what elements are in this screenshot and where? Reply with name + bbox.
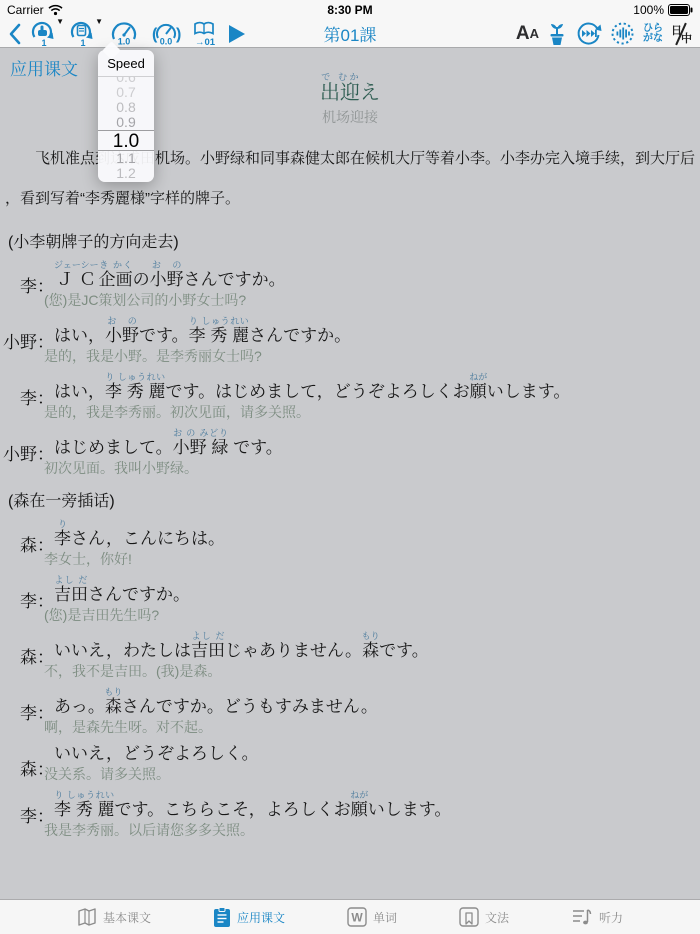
bookmark-icon <box>459 907 479 927</box>
tab-bar: 基本课文 应用课文 W 单词 文法 <box>0 899 700 934</box>
speed-option[interactable]: 0.7 <box>98 85 154 100</box>
tab-applied-text[interactable]: 应用课文 <box>213 907 285 927</box>
japanese-sentence: あっ。森もりさんですか。どうもすみません。 <box>54 687 700 717</box>
chinese-translation: 李女士，你好! <box>44 550 700 569</box>
speed-option[interactable]: 1.3 <box>98 181 154 182</box>
dialogue-list: (小李朝牌子的方向走去)李：ＪＣジェーシー企画き かくの小野お のさんですか。(… <box>0 229 700 840</box>
chinese-translation: 没关系。请多关照。 <box>44 765 700 784</box>
chinese-translation: 我是李秀丽。以后请您多多关照。 <box>44 821 700 840</box>
chinese-translation: 是的，我是李秀丽。初次见面，请多关照。 <box>44 403 700 422</box>
listening-icon <box>571 907 593 927</box>
speed-option[interactable]: 1.2 <box>98 166 154 181</box>
font-size-button[interactable]: AA <box>516 23 539 45</box>
chinese-translation: 不，我不是吉田。(我)是森。 <box>44 662 700 681</box>
speed-option[interactable]: 0.9 <box>98 115 154 130</box>
carrier-label: Carrier <box>7 3 44 17</box>
japanese-sentence: はじめまして。小野 緑お の みどり です。 <box>54 428 700 458</box>
stage-direction: (森在一旁插话) <box>8 488 700 511</box>
speed-picker-wheel[interactable]: 0.60.70.80.91.01.11.21.3 <box>98 77 154 182</box>
book-pages-icon <box>77 907 97 927</box>
japanese-sentence: 吉田よし ださんですか。 <box>54 575 700 605</box>
chinese-translation: (您)是JC策划公司的小野女士吗? <box>44 291 700 310</box>
dialogue-line: 李：はい，李 秀 麗り しゅうれいです。はじめまして，どうぞよろしくお願ねがいし… <box>0 372 700 422</box>
book-badge: →01 <box>195 37 216 47</box>
speed-option[interactable]: 0.8 <box>98 100 154 115</box>
chevron-down-icon: ▼ <box>56 18 64 26</box>
w-square-icon: W <box>347 907 367 927</box>
stage-direction: (小李朝牌子的方向走去) <box>8 229 700 252</box>
chinese-translation: 啊，是森先生呀。对不起。 <box>44 718 700 737</box>
chinese-translation: 初次见面。我叫小野绿。 <box>44 459 700 478</box>
speed-badge: 1.0 <box>118 37 131 47</box>
chinese-translation: (您)是吉田先生吗? <box>44 606 700 625</box>
dialogue-line: 小野：はい，小野お のです。李 秀 麗り しゅうれいさんですか。是的，我是小野。… <box>0 316 700 366</box>
sentence-repeat-button[interactable]: 1 ▼ <box>68 20 100 47</box>
clock: 8:30 PM <box>0 3 700 17</box>
tab-listening[interactable]: 听力 <box>571 907 623 927</box>
battery-percent: 100% <box>633 3 664 17</box>
wifi-icon <box>48 4 63 16</box>
dialogue-line: 李：李 秀 麗り しゅうれいです。こちらこそ，よろしくお願ねがいします。我是李秀… <box>0 790 700 840</box>
speed-popover-title: Speed <box>98 50 154 77</box>
touch-repeat-button[interactable]: 1 ▼ <box>29 20 61 47</box>
back-button[interactable] <box>8 23 22 45</box>
audio-wave-button[interactable] <box>609 20 636 47</box>
interval-button[interactable]: ( ) 0.0 <box>148 20 184 47</box>
japanese-sentence: いいえ，わたしは吉田よし だじゃありません。森もりです。 <box>54 631 700 661</box>
status-bar: Carrier 8:30 PM 100% <box>0 0 700 20</box>
hiragana-toggle-button[interactable]: ひら がな <box>643 24 663 44</box>
chinese-translation: 是的，我是小野。是李秀丽女士吗? <box>44 347 700 366</box>
svg-text:): ) <box>176 26 181 43</box>
dialogue-line: 森：いいえ，どうぞよろしく。没关系。请多关照。 <box>0 743 700 784</box>
japanese-sentence: はい，李 秀 麗り しゅうれいです。はじめまして，どうぞよろしくお願ねがいします… <box>54 372 700 402</box>
plant-icon-button[interactable] <box>546 22 568 46</box>
section-label: 应用课文 <box>10 55 78 80</box>
japanese-sentence: ＪＣジェーシー企画き かくの小野お のさんですか。 <box>54 260 700 290</box>
speed-popover: Speed 0.60.70.80.91.01.11.21.3 <box>98 50 154 182</box>
speed-option[interactable]: 1.0 <box>98 130 154 151</box>
dialogue-line: 小野：はじめまして。小野 緑お の みどり です。初次见面。我叫小野绿。 <box>0 428 700 478</box>
japanese-sentence: はい，小野お のです。李 秀 麗り しゅうれいさんですか。 <box>54 316 700 346</box>
play-button[interactable] <box>228 24 246 44</box>
chevron-down-icon: ▼ <box>95 18 103 26</box>
svg-text:1: 1 <box>41 38 46 47</box>
language-toggle-button[interactable]: 日 中 <box>670 23 692 45</box>
svg-text:W: W <box>351 911 363 925</box>
tab-vocabulary[interactable]: W 单词 <box>347 907 397 927</box>
dialogue-line: 李：吉田よし ださんですか。(您)是吉田先生吗? <box>0 575 700 625</box>
japanese-sentence: 李りさん，こんにちは。 <box>54 519 700 549</box>
japanese-sentence: いいえ，どうぞよろしく。 <box>54 743 700 764</box>
skip-forward-button[interactable] <box>575 20 602 47</box>
dialogue-line: 森：いいえ，わたしは吉田よし だじゃありません。森もりです。不，我不是吉田。(我… <box>0 631 700 681</box>
dialogue-line: 森：李りさん，こんにちは。李女士，你好! <box>0 519 700 569</box>
tab-grammar[interactable]: 文法 <box>459 907 509 927</box>
interval-badge: 0.0 <box>160 37 173 47</box>
battery-icon <box>668 4 693 16</box>
speed-option[interactable]: 1.1 <box>98 151 154 166</box>
clipboard-icon <box>213 907 231 927</box>
toolbar: 第01課 1 ▼ 1 ▼ <box>0 20 700 48</box>
svg-text:1: 1 <box>80 38 85 47</box>
japanese-sentence: 李 秀 麗り しゅうれいです。こちらこそ，よろしくお願ねがいします。 <box>54 790 700 820</box>
dialogue-line: 李：あっ。森もりさんですか。どうもすみません。啊，是森先生呀。对不起。 <box>0 687 700 737</box>
book-range-button[interactable]: →01 <box>191 20 221 47</box>
tab-basic-text[interactable]: 基本课文 <box>77 907 151 927</box>
dialogue-line: 李：ＪＣジェーシー企画き かくの小野お のさんですか。(您)是JC策划公司的小野… <box>0 260 700 310</box>
